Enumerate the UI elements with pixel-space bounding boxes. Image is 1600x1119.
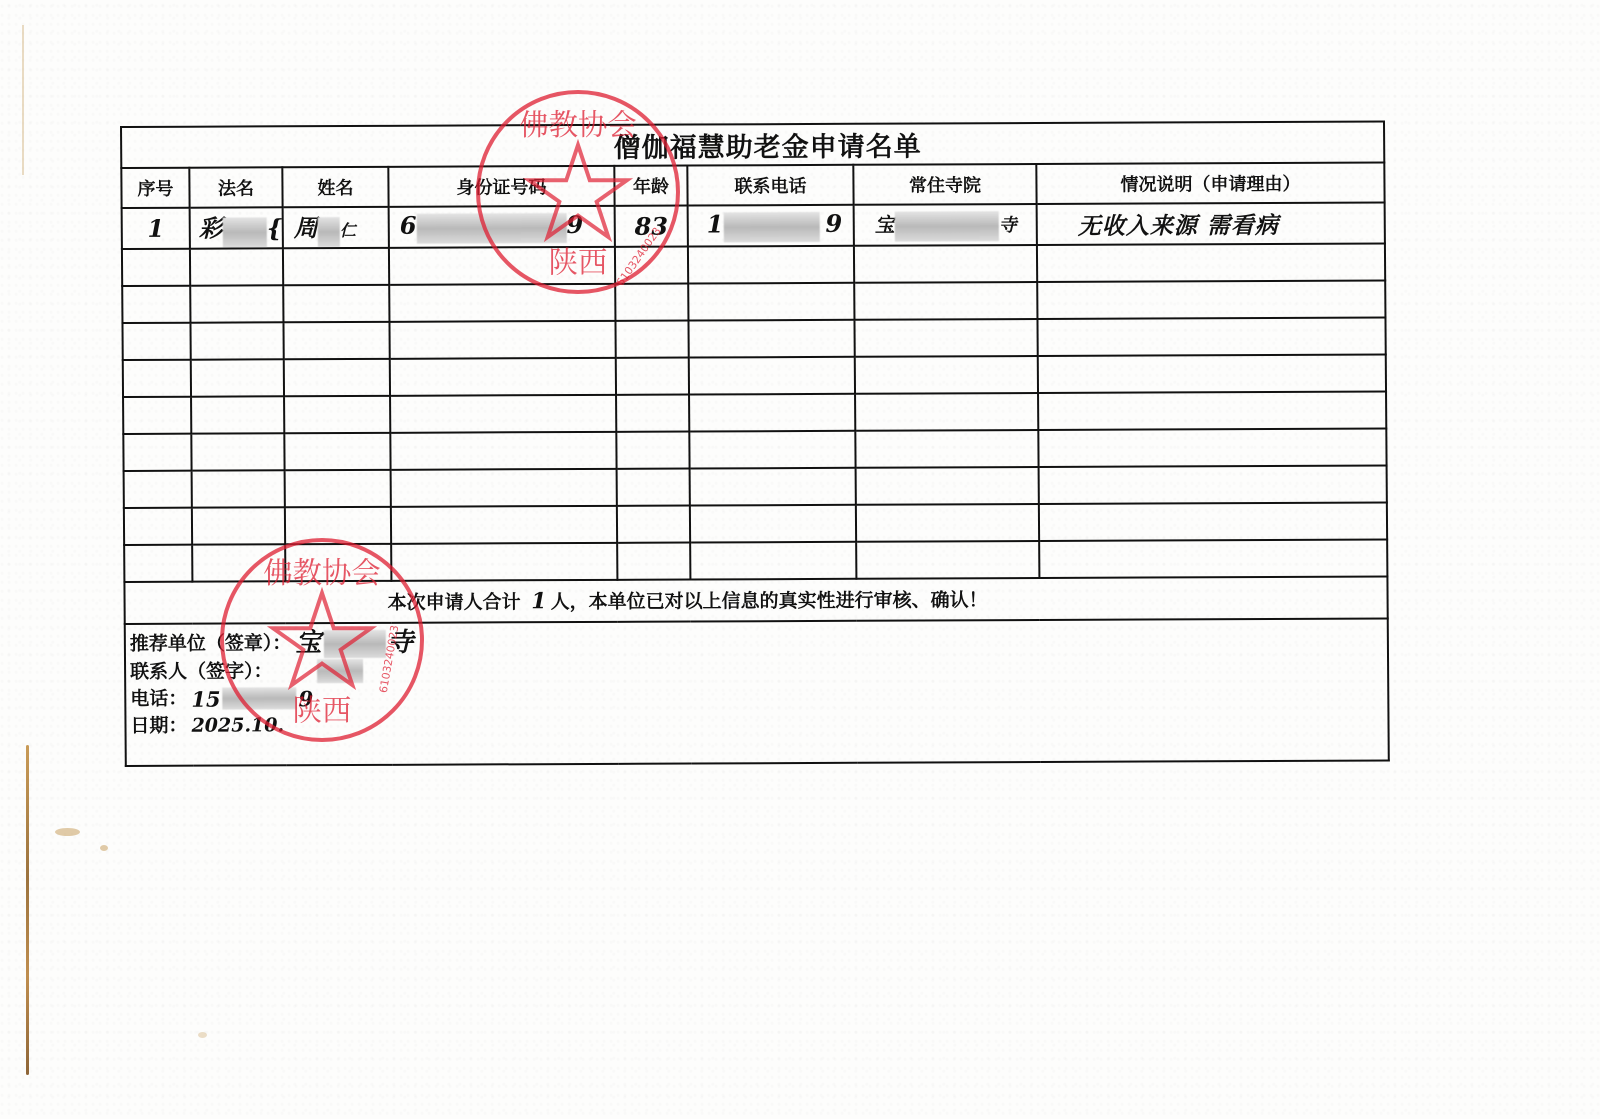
reason-cell: 无收入来源 需看病: [1037, 202, 1385, 244]
redacted-block: [222, 687, 296, 709]
table-row: [124, 465, 1387, 508]
empty-cell: [855, 392, 1038, 430]
empty-cell: [124, 470, 192, 507]
empty-cell: [616, 431, 689, 468]
empty-cell: [1038, 391, 1386, 430]
empty-cell: [390, 431, 616, 469]
form-title: 僧伽福慧助老金申请名单: [121, 121, 1384, 168]
empty-cell: [123, 433, 191, 470]
table-row: 1 彩{ 周仁 69 83 19 宝寺 无收入来源 需看病: [122, 202, 1385, 248]
temple-cell: 宝寺: [854, 204, 1037, 245]
empty-cell: [1039, 465, 1387, 504]
contact-value: [277, 659, 363, 683]
lay-name-cell: 周仁: [283, 207, 389, 248]
footer-phone-prefix: 15: [191, 685, 220, 712]
redacted-block: [318, 217, 340, 247]
empty-cell: [192, 470, 285, 507]
empty-cell: [122, 322, 190, 359]
recommender-label: 推荐单位（签章）：: [130, 630, 292, 658]
contact-label: 联系人（签字）：: [130, 658, 273, 686]
column-header: 序号: [121, 168, 189, 208]
reason-value: 无收入来源 需看病: [1078, 212, 1279, 240]
empty-cell: [285, 469, 391, 506]
column-header: 法名: [189, 167, 282, 207]
temple-suffix: 寺: [999, 215, 1017, 236]
empty-cell: [615, 320, 688, 357]
empty-cell: [192, 507, 285, 544]
empty-cell: [390, 394, 616, 432]
empty-cell: [391, 542, 617, 580]
empty-cell: [191, 396, 284, 433]
empty-cell: [124, 507, 192, 544]
stain-mark: [198, 1032, 207, 1038]
empty-cell: [689, 356, 855, 394]
recommender-value: 宝寺: [295, 629, 413, 658]
empty-cell: [854, 281, 1037, 319]
table-row: [123, 428, 1386, 471]
table-row: [122, 243, 1385, 286]
empty-cell: [1037, 243, 1385, 282]
redacted-block: [416, 213, 566, 244]
empty-cell: [855, 355, 1038, 393]
empty-cell: [856, 540, 1039, 578]
empty-cell: [856, 503, 1039, 541]
empty-cell: [191, 433, 284, 470]
applicant-count: 1: [531, 588, 547, 614]
empty-cell: [123, 359, 191, 396]
empty-cell: [1038, 354, 1386, 393]
empty-cell: [690, 504, 856, 542]
dharma-name-prefix: 彩: [199, 214, 223, 243]
column-header: 情况说明（申请理由）: [1036, 162, 1384, 204]
application-form: 僧伽福慧助老金申请名单 序号 法名 姓名 身份证号码 年龄 联系电话 常住寺院 …: [120, 120, 1388, 727]
date-value: 2025.10.: [191, 712, 284, 739]
column-header: 常住寺院: [853, 164, 1036, 205]
empty-cell: [122, 248, 190, 285]
redacted-block: [323, 629, 385, 657]
summary-text-after: 人，本单位已对以上信息的真实性进行审核、确认！: [550, 589, 987, 613]
lay-name-prefix: 周: [294, 213, 318, 242]
footer-phone-suffix: 9: [298, 685, 313, 712]
table-row: [124, 502, 1387, 545]
phone-cell: 19: [688, 205, 854, 246]
empty-cell: [284, 432, 390, 469]
column-header: 年龄: [614, 166, 687, 206]
signature-block: 推荐单位（签章）： 宝寺 联系人（签字）： 电话： 159: [125, 618, 1389, 766]
stain-mark: [55, 828, 80, 836]
empty-cell: [688, 282, 854, 320]
summary-text-before: 本次申请人合计: [388, 591, 521, 614]
empty-cell: [122, 285, 190, 322]
index-cell: 1: [122, 208, 190, 249]
empty-cell: [285, 506, 391, 543]
empty-cell: [690, 541, 856, 579]
recommender-suffix: 寺: [387, 630, 413, 657]
empty-cell: [854, 318, 1037, 356]
empty-cell: [688, 245, 854, 283]
column-header: 身份证号码: [388, 166, 614, 207]
paper-edge-mark: [22, 25, 24, 175]
empty-cell: [190, 322, 283, 359]
footer-phone-value: 159: [191, 685, 313, 713]
empty-cell: [190, 248, 283, 285]
summary-statement: 本次申请人合计 1人，本单位已对以上信息的真实性进行审核、确认！: [124, 576, 1387, 624]
empty-cell: [283, 247, 389, 284]
empty-cell: [1037, 317, 1385, 356]
empty-cell: [617, 468, 690, 505]
phone-suffix: 9: [825, 208, 842, 237]
empty-cell: [617, 542, 690, 579]
empty-cell: [1039, 502, 1387, 541]
date-line: 日期： 2025.10.: [130, 707, 1383, 739]
index-value: 1: [147, 214, 164, 243]
blank-rows: [122, 243, 1387, 582]
empty-cell: [689, 393, 855, 431]
empty-cell: [389, 320, 615, 358]
empty-cell: [284, 358, 390, 395]
id-prefix: 6: [400, 210, 417, 239]
empty-cell: [615, 246, 688, 283]
empty-cell: [391, 468, 617, 506]
empty-cell: [690, 467, 856, 505]
stain-mark: [100, 845, 108, 851]
phone-label: 电话：: [130, 685, 187, 712]
recommender-prefix: 宝: [295, 630, 321, 657]
redacted-block: [723, 212, 819, 242]
empty-cell: [190, 285, 283, 322]
empty-cell: [283, 321, 389, 358]
empty-cell: [1037, 280, 1385, 319]
redacted-block: [895, 211, 999, 241]
age-cell: 83: [615, 206, 688, 247]
table-row: [123, 391, 1386, 434]
empty-cell: [283, 284, 389, 321]
empty-cell: [616, 394, 689, 431]
temple-prefix: 宝: [875, 212, 895, 236]
empty-cell: [1038, 428, 1386, 467]
empty-cell: [389, 283, 615, 321]
empty-cell: [856, 466, 1039, 504]
table-row: [122, 280, 1385, 323]
empty-cell: [391, 505, 617, 543]
redacted-block: [223, 217, 267, 247]
empty-cell: [123, 396, 191, 433]
empty-cell: [389, 246, 615, 284]
date-label: 日期：: [130, 712, 187, 739]
empty-cell: [616, 357, 689, 394]
paper-edge-stain: [26, 745, 29, 1075]
dharma-name-cell: 彩{: [190, 207, 283, 248]
empty-cell: [688, 319, 854, 357]
lay-name-suffix: 仁: [340, 221, 356, 240]
redacted-block: [317, 659, 363, 683]
empty-cell: [124, 544, 192, 581]
table-row: [124, 539, 1387, 582]
empty-cell: [855, 429, 1038, 467]
column-header: 联系电话: [687, 165, 853, 206]
empty-cell: [854, 245, 1037, 283]
id-number-cell: 69: [389, 206, 615, 247]
empty-cell: [689, 430, 855, 468]
applicant-table: 僧伽福慧助老金申请名单 序号 法名 姓名 身份证号码 年龄 联系电话 常住寺院 …: [120, 120, 1390, 766]
empty-cell: [285, 543, 391, 580]
table-row: [122, 317, 1385, 360]
empty-cell: [390, 357, 616, 395]
empty-cell: [191, 359, 284, 396]
age-value: 83: [634, 211, 668, 240]
dharma-name-suffix: {: [267, 213, 283, 242]
table-row: [123, 354, 1386, 397]
empty-cell: [1039, 539, 1387, 578]
empty-cell: [192, 544, 285, 581]
phone-prefix: 1: [707, 209, 724, 238]
empty-cell: [617, 505, 690, 542]
empty-cell: [615, 283, 688, 320]
empty-cell: [284, 395, 390, 432]
column-header: 姓名: [282, 167, 388, 207]
id-suffix: 9: [566, 209, 583, 238]
table-header: 序号 法名 姓名 身份证号码 年龄 联系电话 常住寺院 情况说明（申请理由）: [121, 162, 1384, 208]
